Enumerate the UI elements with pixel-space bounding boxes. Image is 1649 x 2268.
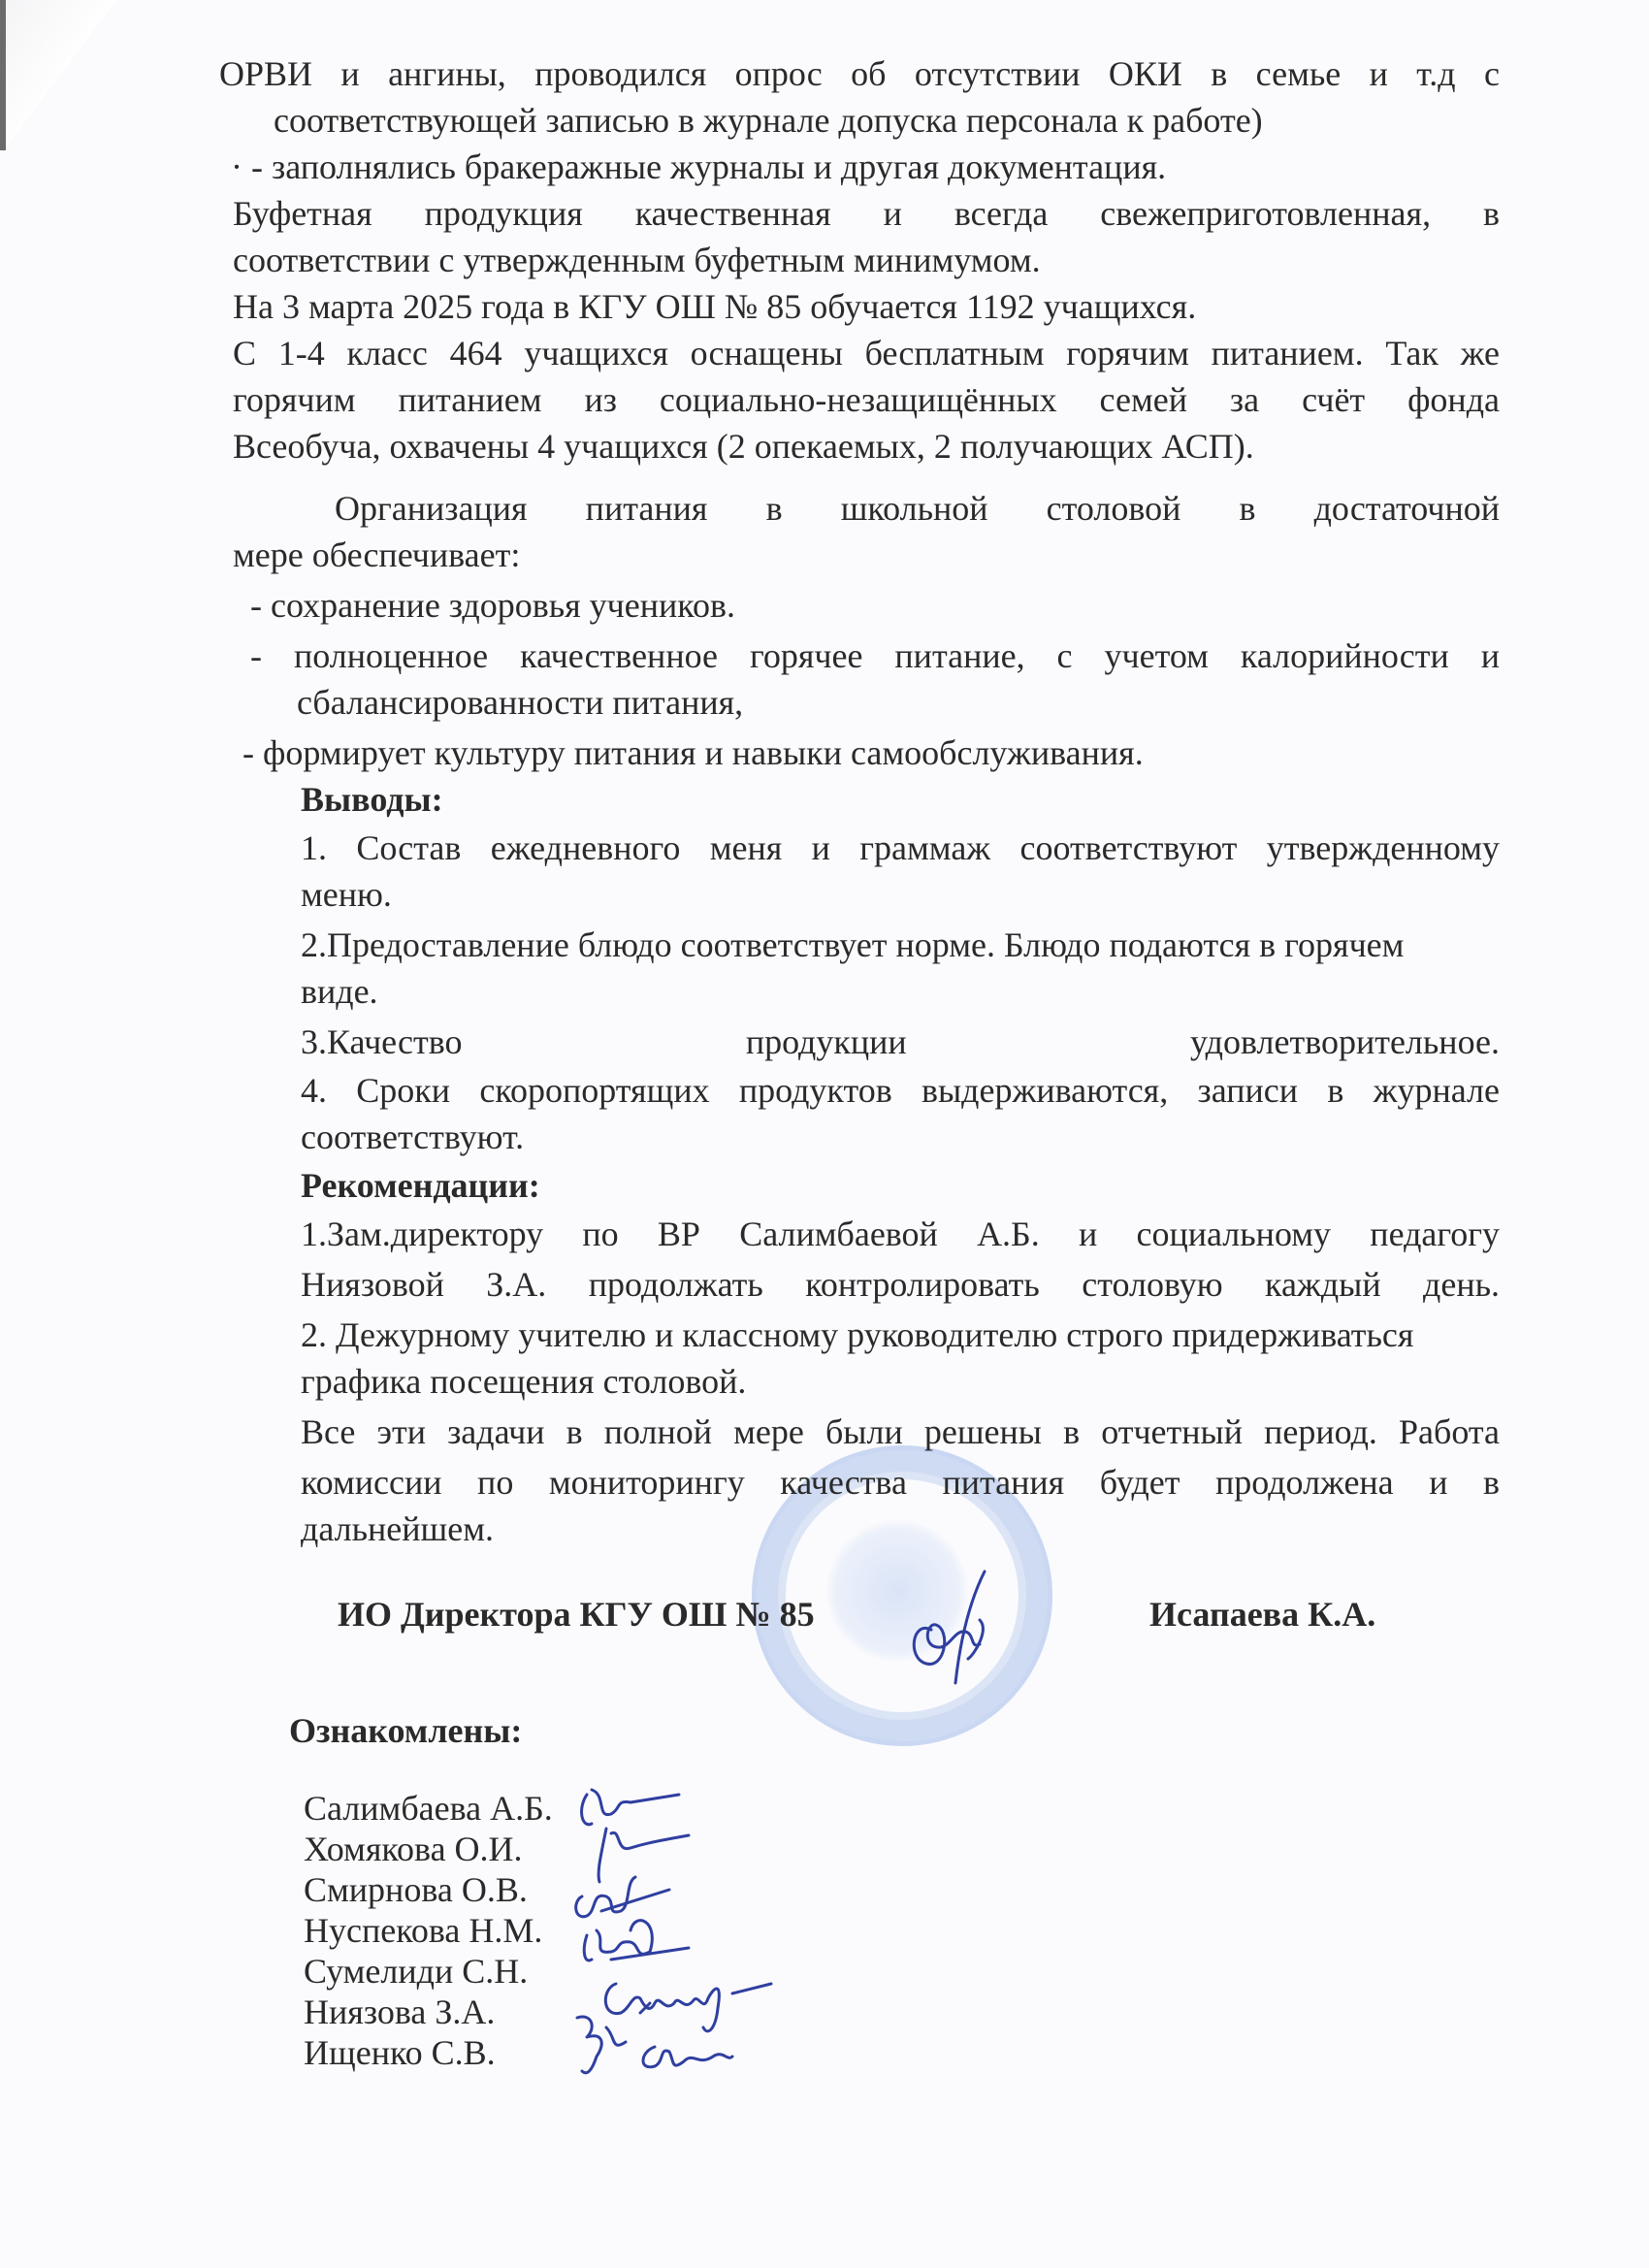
acknowledged-heading: Ознакомлены: xyxy=(289,1707,522,1754)
conclusion-item: 1. Состав ежедневного меня и граммаж соо… xyxy=(301,825,1500,871)
acknowledged-name: Ниязова З.А. xyxy=(304,1989,495,2035)
body-line: ОРВИ и ангины, проводился опрос об отсут… xyxy=(219,50,1500,97)
acknowledged-name: Ищенко С.В. xyxy=(304,2029,496,2076)
acknowledged-name: Сумелиди С.Н. xyxy=(304,1948,528,1994)
recommendations-heading: Рекомендации: xyxy=(301,1162,540,1209)
acknowledged-name: Хомякова О.И. xyxy=(304,1826,523,1872)
bullet-item-continuation: сбалансированности питания, xyxy=(297,679,743,726)
recommendation-item: Ниязовой З.А. продолжать контролировать … xyxy=(301,1261,1500,1308)
body-line: Буфетная продукция качественная и всегда… xyxy=(233,190,1500,237)
director-signature xyxy=(892,1562,1009,1688)
recommendation-item: 2. Дежурному учителю и классному руковод… xyxy=(301,1312,1413,1358)
recommendation-item: 1.Зам.директору по ВР Салимбаевой А.Б. и… xyxy=(301,1211,1500,1257)
conclusions-heading: Выводы: xyxy=(301,776,443,823)
bullet-item: - сохранение здоровья учеников. xyxy=(250,582,735,629)
page-fold-corner xyxy=(0,0,116,155)
body-line: Всеобуча, охвачены 4 учащихся (2 опекаем… xyxy=(233,423,1254,470)
acknowledged-name: Нуспекова Н.М. xyxy=(304,1907,542,1954)
conclusion-item: меню. xyxy=(301,871,392,918)
closing-text: Все эти задачи в полной мере были решены… xyxy=(301,1409,1500,1455)
conclusion-item: 3.Качество продукции удовлетворительное. xyxy=(301,1019,1500,1065)
body-line: На 3 марта 2025 года в КГУ ОШ № 85 обуча… xyxy=(233,283,1196,330)
bullet-item: - формирует культуру питания и навыки са… xyxy=(242,729,1144,776)
conclusion-item: виде. xyxy=(301,968,378,1015)
director-title: ИО Директора КГУ ОШ № 85 xyxy=(338,1591,815,1637)
body-line: мере обеспечивает: xyxy=(233,532,520,578)
page-edge-shadow xyxy=(0,0,6,150)
body-line: соответствующей записью в журнале допуск… xyxy=(274,97,1263,144)
conclusion-item: 4. Сроки скоропортящих продуктов выдержи… xyxy=(301,1067,1500,1114)
acknowledged-name: Смирнова О.В. xyxy=(304,1866,528,1913)
bullet-item: - полноценное качественное горячее питан… xyxy=(250,632,1500,679)
body-line: Организация питания в школьной столовой … xyxy=(335,485,1500,532)
closing-text: комиссии по мониторингу качества питания… xyxy=(301,1459,1500,1506)
director-name: Исапаева К.А. xyxy=(1149,1591,1375,1637)
body-line: · - заполнялись бракеражные журналы и др… xyxy=(231,144,1166,190)
body-line: горячим питанием из социально-незащищённ… xyxy=(233,376,1500,423)
recommendation-item: графика посещения столовой. xyxy=(301,1358,746,1405)
handwritten-signatures xyxy=(563,1775,970,2086)
body-line: соответствии с утвержденным буфетным мин… xyxy=(233,237,1041,283)
body-line: С 1-4 класс 464 учащихся оснащены беспла… xyxy=(233,330,1500,376)
conclusion-item: соответствуют. xyxy=(301,1114,524,1160)
acknowledged-name: Салимбаева А.Б. xyxy=(304,1785,553,1831)
closing-text: дальнейшем. xyxy=(301,1506,494,1552)
conclusion-item: 2.Предоставление блюдо соответствует нор… xyxy=(301,922,1404,968)
